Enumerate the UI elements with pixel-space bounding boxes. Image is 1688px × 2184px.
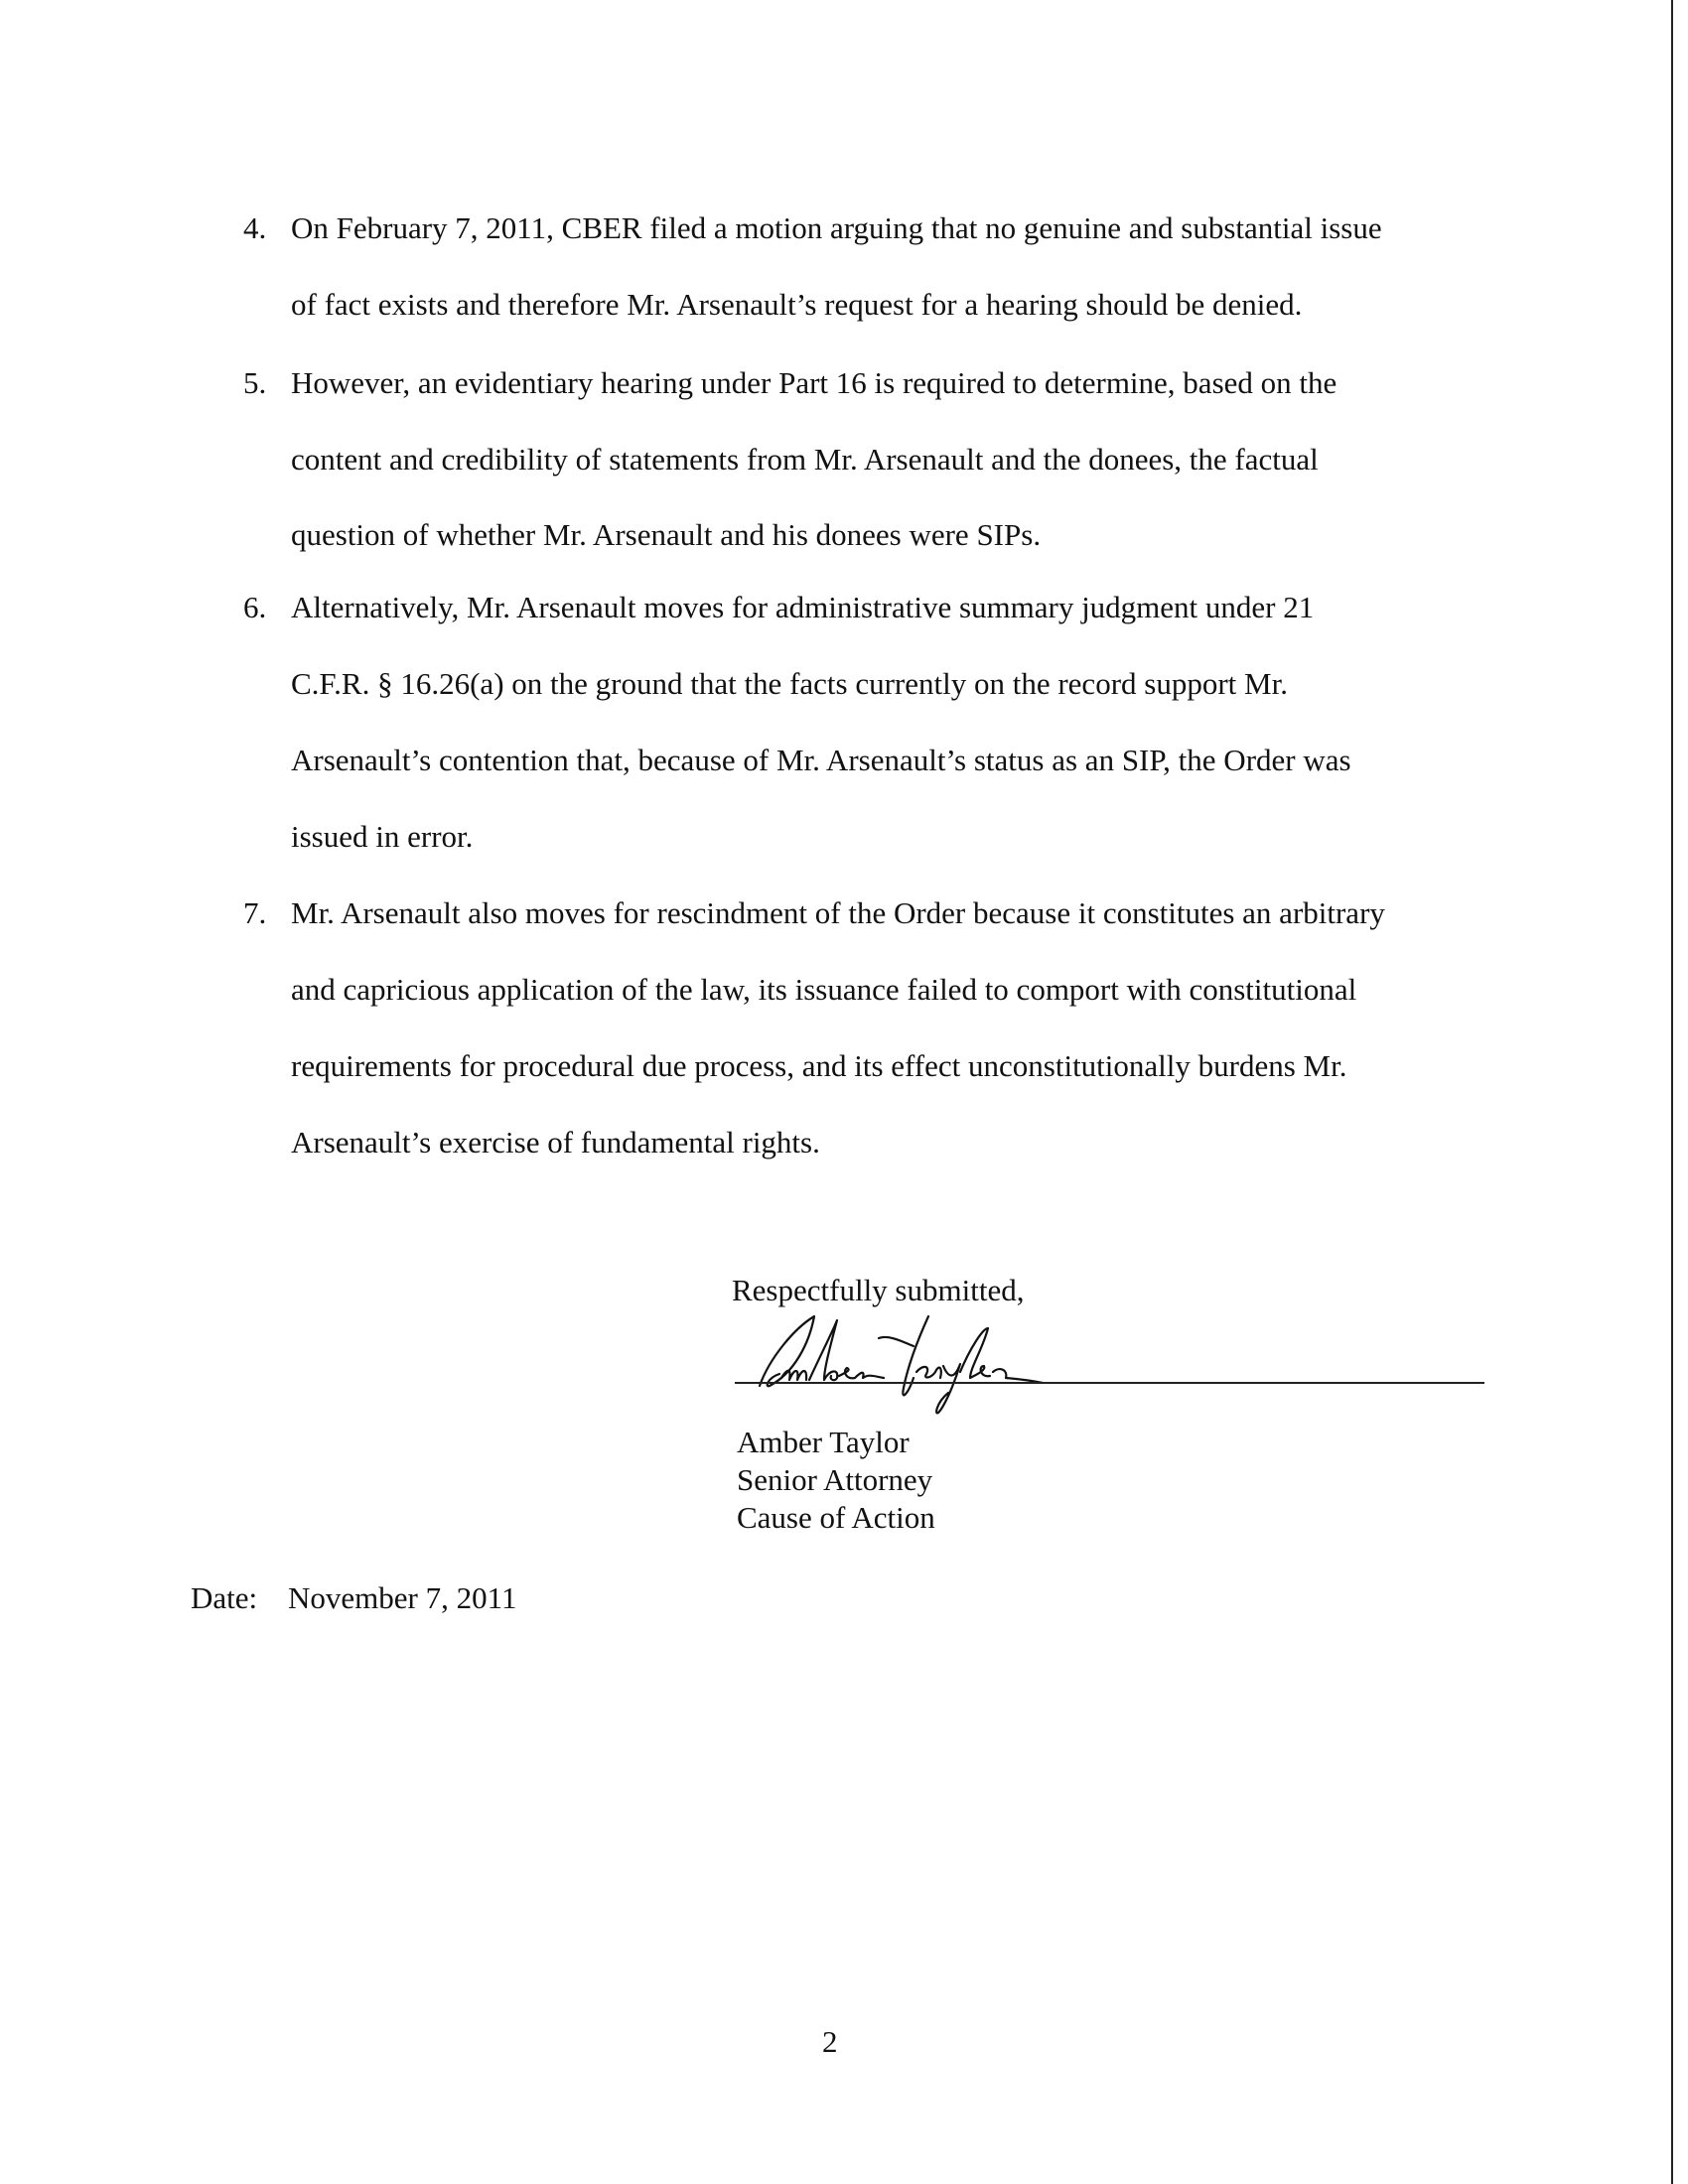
closing-text: Respectfully submitted,	[732, 1271, 1024, 1310]
paragraph-line: of fact exists and therefore Mr. Arsenau…	[291, 285, 1302, 325]
paragraph-line: Alternatively, Mr. Arsenault moves for a…	[291, 588, 1314, 627]
paragraph-number: 6.	[243, 588, 266, 627]
paragraph-line: and capricious application of the law, i…	[291, 970, 1356, 1010]
paragraph-line: Mr. Arsenault also moves for rescindment…	[291, 893, 1385, 933]
paragraph-line: requirements for procedural due process,…	[291, 1046, 1346, 1086]
signature-line	[735, 1382, 1484, 1384]
page-number: 2	[822, 2022, 838, 2062]
paragraph-line: However, an evidentiary hearing under Pa…	[291, 363, 1336, 403]
paragraph-line: Arsenault’s contention that, because of …	[291, 741, 1351, 780]
paragraph-number: 7.	[243, 893, 266, 933]
paragraph-line: Arsenault’s exercise of fundamental righ…	[291, 1123, 820, 1162]
paragraph-line: content and credibility of statements fr…	[291, 440, 1319, 479]
signer-block: Amber Taylor Senior Attorney Cause of Ac…	[737, 1424, 935, 1537]
paragraph-number: 5.	[243, 363, 266, 403]
date-label: Date:	[191, 1578, 288, 1618]
paragraph-line: C.F.R. § 16.26(a) on the ground that the…	[291, 664, 1288, 704]
document-page: 4. On February 7, 2011, CBER filed a mot…	[0, 0, 1688, 2184]
date-line: Date:November 7, 2011	[191, 1578, 516, 1618]
scan-edge-line	[1671, 0, 1673, 2184]
signer-name: Amber Taylor	[737, 1424, 935, 1461]
paragraph-line: question of whether Mr. Arsenault and hi…	[291, 515, 1041, 555]
date-value: November 7, 2011	[288, 1580, 516, 1615]
paragraph-line: On February 7, 2011, CBER filed a motion…	[291, 208, 1382, 248]
paragraph-line: issued in error.	[291, 817, 473, 857]
signer-organization: Cause of Action	[737, 1499, 935, 1537]
signature-icon	[740, 1308, 1097, 1418]
signer-title: Senior Attorney	[737, 1461, 935, 1499]
paragraph-number: 4.	[243, 208, 266, 248]
